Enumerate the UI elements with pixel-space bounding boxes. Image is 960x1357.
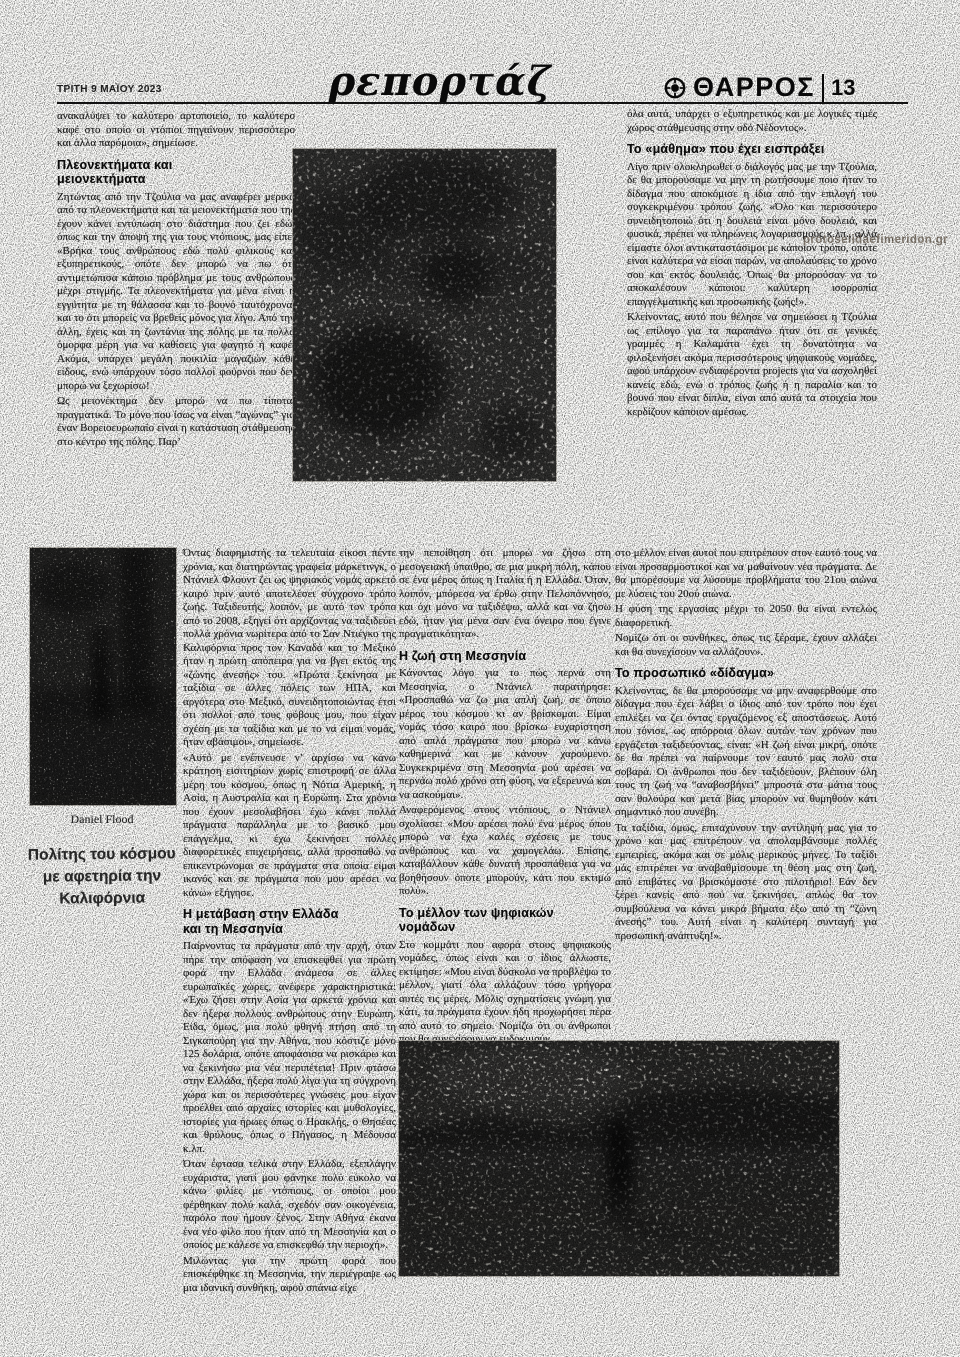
paragraph: την πεποίθηση ότι μπορώ να ζήσω στη μεσο… bbox=[399, 547, 611, 642]
subheading-future-nomads: Το μέλλον των ψηφιακών νομάδων bbox=[399, 906, 611, 935]
article-column-top-right: όλα αυτά, υπάρχει ο εξυπηρετικός και με … bbox=[627, 108, 877, 421]
brand-name: ΘΑΡΡΟΣ bbox=[693, 72, 815, 103]
paragraph: Μιλώντας για την πρώτη φορά που επισκέφθ… bbox=[183, 1255, 396, 1296]
article-column-c: την πεποίθηση ότι μπορώ να ζήσω στη μεσο… bbox=[399, 547, 611, 1049]
subheading-personal-lesson: Το προσωπικό «δίδαγμα» bbox=[615, 666, 877, 681]
header-rule bbox=[57, 102, 908, 104]
paragraph: Νομίζω ότι οι συνθήκες, όπως τις ξέραμε,… bbox=[615, 632, 877, 659]
paragraph: Ζητώντας από την Τζούλια να μας αναφέρει… bbox=[57, 191, 295, 394]
subheading-advantages: Πλεονεκτήματα και μειονεκτήματα bbox=[57, 158, 177, 187]
paragraph: Κλείνοντας, δε θα μπορούσαμε να μην αναφ… bbox=[615, 685, 877, 820]
paragraph: Τα ταξίδια, όμως, επιταχύνουν την αντίλη… bbox=[615, 822, 877, 944]
subheading-life-messinia: Η ζωή στη Μεσσηνία bbox=[399, 649, 611, 664]
subheading-lesson: Το «μάθημα» που έχει εισπράξει bbox=[627, 142, 877, 157]
article-column-b: Όντας διαφημιστής τα τελευταία είκοσι πέ… bbox=[183, 547, 396, 1297]
article-column-top-left: ανακαλύψει το καλύτερο αρτοποιείο, το κα… bbox=[57, 110, 295, 451]
paragraph: Στο κομμάτι που αφορά στους ψηφιακούς νο… bbox=[399, 939, 611, 1047]
landscape-walker-photo bbox=[399, 1041, 839, 1276]
page-date: ΤΡΙΤΗ 9 ΜΑΪΟΥ 2023 bbox=[57, 84, 162, 95]
daniel-portrait-photo bbox=[30, 548, 176, 805]
newspaper-page: ΤΡΙΤΗ 9 ΜΑΪΟΥ 2023 ρεπορτάζ ΘΑΡΡΟΣ 13 pr… bbox=[0, 0, 960, 1357]
paragraph: Όταν έφτασα τελικά στην Ελλάδα, εξεπλάγη… bbox=[183, 1158, 396, 1253]
subheading-transition: Η μετάβαση στην Ελλάδα και τη Μεσσηνία bbox=[183, 907, 353, 936]
paragraph: ανακαλύψει το καλύτερο αρτοποιείο, το κα… bbox=[57, 110, 295, 151]
paragraph: όλα αυτά, υπάρχει ο εξυπηρετικός και με … bbox=[627, 108, 877, 135]
paragraph: στο μέλλον είναι αυτοί που επιτρέπουν στ… bbox=[615, 547, 877, 601]
sidebar-caption: Daniel Flood Πολίτης του κόσμου με αφετη… bbox=[20, 812, 184, 910]
paragraph: Αναφερόμενος στους ντόπιους, ο Ντάνιελ σ… bbox=[399, 804, 611, 899]
paragraph: Παίρνοντας τα πράγματα από την αρχή, ότα… bbox=[183, 940, 396, 1156]
courtyard-photo bbox=[293, 149, 556, 481]
paragraph: Η φύση της εργασίας μέχρι το 2050 θα είν… bbox=[615, 603, 877, 630]
paragraph: Όντας διαφημιστής τα τελευταία είκοσι πέ… bbox=[183, 547, 396, 750]
header-divider bbox=[822, 74, 824, 102]
paragraph: Ως μειονέκτημα δεν μπορώ να πω τίποτα, π… bbox=[57, 395, 295, 449]
section-masthead: ρεπορτάζ bbox=[320, 58, 560, 105]
article-column-d: στο μέλλον είναι αυτοί που επιτρέπουν στ… bbox=[615, 547, 877, 945]
brand-block: ΘΑΡΡΟΣ 13 bbox=[664, 72, 855, 103]
page-number: 13 bbox=[831, 75, 855, 101]
tharros-logo-icon bbox=[664, 77, 686, 99]
photo-caption-name: Daniel Flood bbox=[20, 812, 184, 827]
paragraph: Λίγο πριν ολοκληρωθεί ο διάλογός μας με … bbox=[627, 161, 877, 310]
sidebar-title: Πολίτης του κόσμου με αφετηρία την Καλιφ… bbox=[20, 843, 185, 911]
paragraph: «Αυτό με ενέπνευσε ν’ αρχίσω να κάνω κρά… bbox=[183, 752, 396, 901]
paragraph: Κάνοντας λόγο για το πώς περνά στη Μεσση… bbox=[399, 667, 611, 802]
paragraph: Κλείνοντας, αυτό που θέλησε να σημειώσει… bbox=[627, 311, 877, 419]
